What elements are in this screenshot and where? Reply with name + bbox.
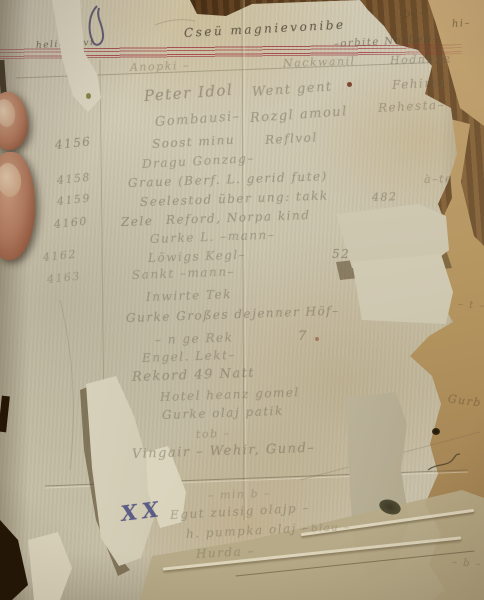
ledger-entry: Hodnune (390, 53, 452, 66)
ledger-entry: Soost minu (152, 134, 236, 150)
ledger-entry: Gurke Großes dejenner Höf– (126, 305, 340, 324)
ledger-entry: Löwigs Kegl– (148, 249, 247, 264)
ledger-entry: Peter Idol (143, 83, 233, 104)
ledger-entry: Went gent (252, 80, 334, 99)
ledger-entry: Fehirki– (392, 76, 454, 91)
ledger-entry: Sankt –mann– (132, 265, 235, 281)
ledger-entry: tob – (196, 428, 231, 440)
ledger-entry: Rehesta– (378, 98, 446, 113)
ledger-entry: Anopki – (130, 60, 190, 73)
ledger-entry: 482 (372, 191, 398, 203)
ledger-entry: Rozgl amoul (250, 105, 349, 125)
ledger-entry: – min b – (208, 488, 271, 501)
ledger-entry: Rekord 49 Natt (132, 367, 255, 384)
ledger-entry: Gombausi– (155, 110, 242, 129)
ledger-entry: Vingair – Wehir, Gund– (132, 442, 316, 461)
ledger-entry: Graue (Berf. L. gerid fute) (128, 170, 328, 189)
fingernail-upper (0, 97, 18, 128)
ledger-entry: Inwirte Tek (146, 288, 232, 303)
blue-xx-mark: XX (120, 498, 165, 524)
fingernail-lower (0, 161, 23, 198)
ledger-entry: Engel. Lekt– (142, 349, 236, 364)
ledger-entry: – n ge Rek (155, 331, 234, 346)
ledger-entry: Zele (121, 215, 154, 228)
handwritten-entries-layer: Anopki –NackwanilHodnunePeter IdolWent g… (0, 0, 484, 600)
fingertip-upper (0, 92, 28, 150)
ledger-entry: Egut zuisig olajp – (170, 502, 311, 521)
ledger-entry: Seelestod über ung: takk (140, 189, 329, 208)
ledger-entry: Hotel heanz gomel (160, 386, 300, 403)
ledger-entry: Reford, Norpa kind (166, 209, 311, 226)
hand-finger (0, 92, 40, 262)
ledger-entry: Dragu Gonzag– (142, 152, 255, 170)
ledger-entry: 7 (298, 330, 308, 343)
ledger-entry: 52 (332, 248, 350, 260)
ledger-entry: – blau – (300, 523, 351, 535)
ledger-entry: Gurke L. –mann– (150, 229, 276, 245)
ledger-entry: Nackwanil (283, 55, 356, 69)
ledger-entry: à–te (424, 173, 453, 185)
photo-of-ledger-page: by–hi–– t –Gurb– b – heliu savi Cseü mag… (0, 0, 484, 600)
ledger-entry: Reflvol (265, 131, 318, 146)
ledger-entry: h. pumpka olaj – (186, 522, 310, 540)
ledger-entry: Hurda – (196, 545, 256, 560)
ledger-entry: Gurke olaj patik (162, 405, 284, 421)
fingertip-lower (0, 152, 35, 260)
